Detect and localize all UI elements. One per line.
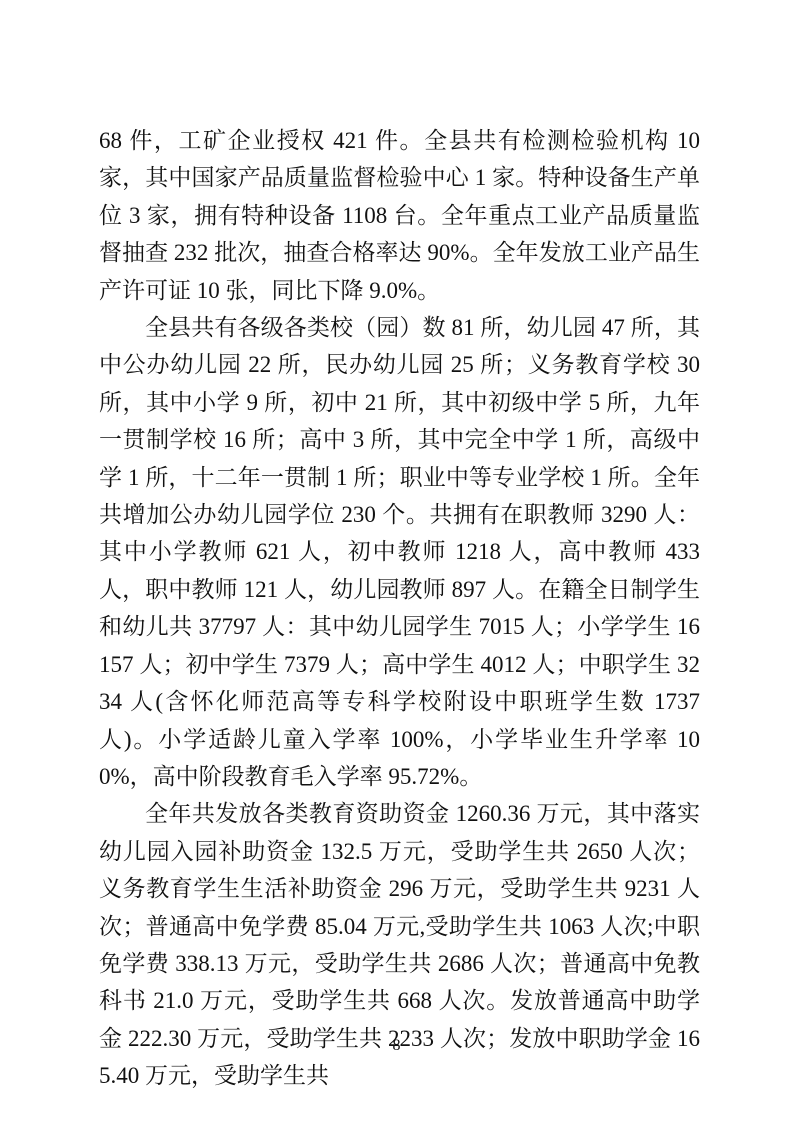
page-footer: 8 (0, 1037, 793, 1055)
document-body: 68 件，工矿企业授权 421 件。全县共有检测检验机构 10 家，其中国家产品… (99, 122, 700, 1095)
paragraph-schools-teachers-students: 全县共有各级各类校（园）数 81 所，幼儿园 47 所，其中公办幼儿园 22 所… (99, 309, 700, 795)
paragraph-industry-quality: 68 件，工矿企业授权 421 件。全县共有检测检验机构 10 家，其中国家产品… (99, 122, 700, 309)
page-number: 8 (393, 1037, 401, 1054)
document-page: 68 件，工矿企业授权 421 件。全县共有检测检验机构 10 家，其中国家产品… (0, 0, 793, 1122)
